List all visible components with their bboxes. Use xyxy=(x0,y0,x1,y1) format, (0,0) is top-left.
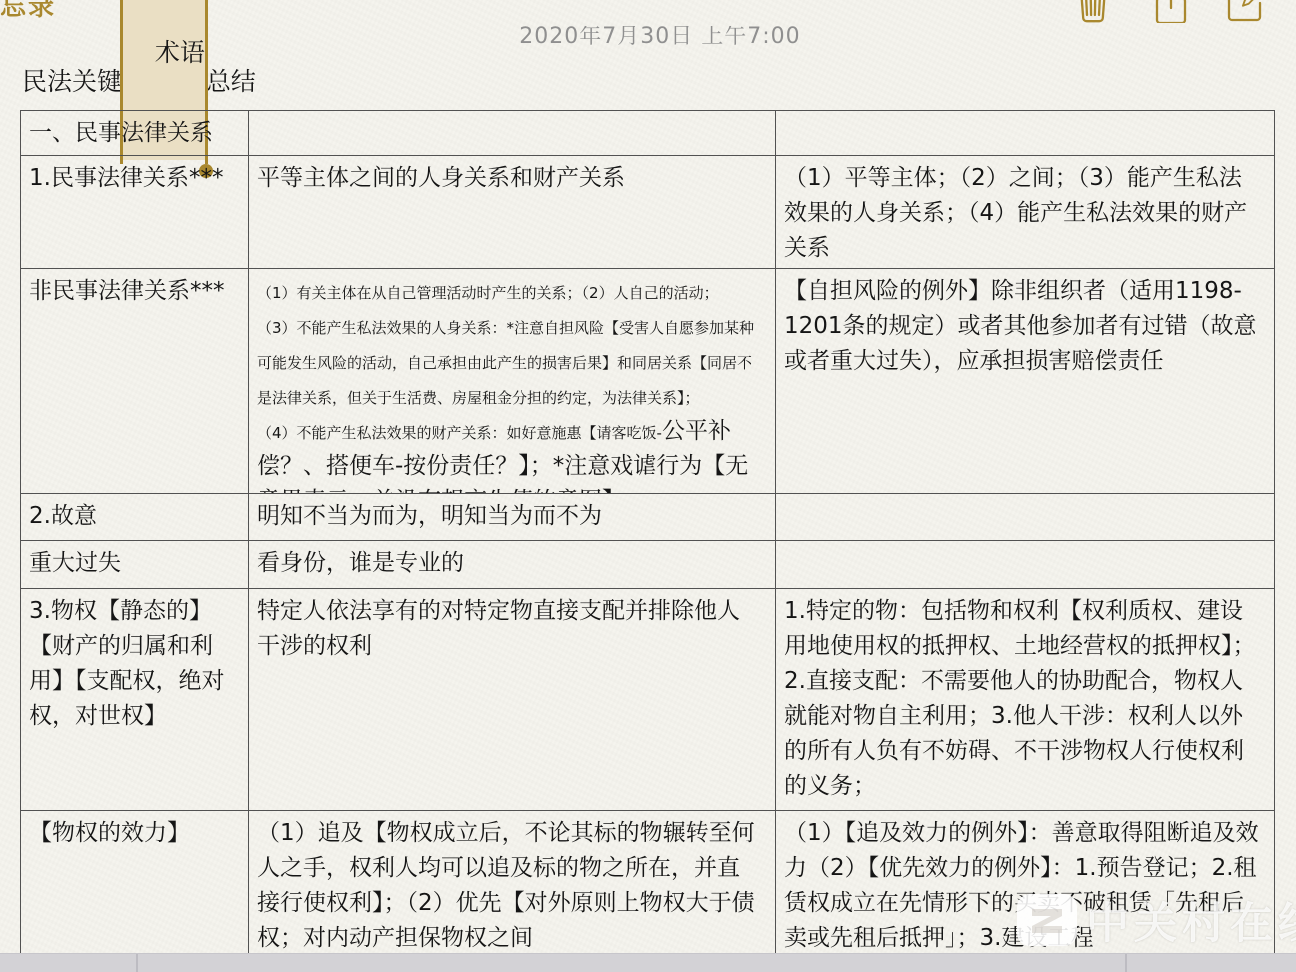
share-button[interactable] xyxy=(1150,0,1192,23)
table-cell[interactable] xyxy=(776,111,1274,155)
table-cell[interactable]: 重大过失 xyxy=(21,541,249,588)
table-cell[interactable]: 3.物权【静态的】【财产的归属和利用】【支配权，绝对权，对世权】 xyxy=(21,589,249,810)
table-cell[interactable]: 明知不当为而为，明知当为而不为 xyxy=(249,494,776,540)
table-row: 2.故意明知不当为而为，明知当为而不为 xyxy=(21,494,1274,541)
table-cell[interactable] xyxy=(776,494,1274,540)
table-row: 一、民事法律关系 xyxy=(21,111,1274,156)
table-cell[interactable] xyxy=(776,541,1274,588)
back-button-area: 忘录 xyxy=(0,0,90,20)
trash-icon xyxy=(1072,0,1114,23)
cell-text: 【物权的效力】 xyxy=(29,820,190,846)
share-icon xyxy=(1150,0,1192,23)
table-row: 1.民事法律关系***平等主体之间的人身关系和财产关系（1）平等主体；（2）之间… xyxy=(21,156,1274,269)
cell-text: （1）有关主体在从自己管理活动时产生的关系；（2）人自己的活动； xyxy=(257,284,719,302)
table-row: 【物权的效力】（1）追及【物权成立后，不论其标的物辗转至何人之手，权利人均可以追… xyxy=(21,811,1274,972)
table-cell[interactable]: 特定人依法享有的对特定物直接支配并排除他人干涉的权利 xyxy=(249,589,776,810)
note-title[interactable]: 民法关键 术语 总结 xyxy=(22,60,256,100)
compose-icon xyxy=(1222,0,1270,23)
table-cell[interactable]: （1）平等主体；（2）之间；（3）能产生私法效果的人身关系；（4）能产生私法效果… xyxy=(776,156,1274,268)
table-cell[interactable]: 一、民事法律关系 xyxy=(21,111,249,155)
cell-text: （1）【追及效力的例外】：善意取得阻断追及效力（2）【优先效力的例外】：1.预告… xyxy=(784,820,1259,951)
cell-text: 1.特定的物：包括物和权利【权利质权、建设用地使用权的抵押权、土地经营权的抵押权… xyxy=(784,598,1256,799)
cell-text: 一、民事法律关系 xyxy=(29,120,213,146)
table-row: 3.物权【静态的】【财产的归属和利用】【支配权，绝对权，对世权】特定人依法享有的… xyxy=(21,589,1274,811)
cell-text: 1.民事法律关系*** xyxy=(29,165,223,191)
cell-text: （1）平等主体；（2）之间；（3）能产生私法效果的人身关系；（4）能产生私法效果… xyxy=(784,165,1247,261)
cell-text: （4）不能产生私法效果的财产关系：如好意施惠【请客吃饭- xyxy=(257,424,662,442)
bottom-bar-divider xyxy=(136,954,138,972)
table-cell[interactable]: （1）【追及效力的例外】：善意取得阻断追及效力（2）【优先效力的例外】：1.预告… xyxy=(776,811,1274,972)
bottom-bar-divider xyxy=(1125,954,1127,972)
note-date-area: 2020年7月30日 上午7:00 xyxy=(430,26,890,49)
terms-table: 一、民事法律关系1.民事法律关系***平等主体之间的人身关系和财产关系（1）平等… xyxy=(20,110,1275,972)
back-button[interactable]: 忘录 xyxy=(0,0,90,20)
table-cell[interactable]: 1.特定的物：包括物和权利【权利质权、建设用地使用权的抵押权、土地经营权的抵押权… xyxy=(776,589,1274,810)
cell-text: 2.故意 xyxy=(29,503,97,529)
cell-text: 看身份，谁是专业的 xyxy=(257,550,464,576)
cell-text: 重大过失 xyxy=(29,550,121,576)
cell-text: 非民事法律关系*** xyxy=(29,278,225,304)
table-cell[interactable] xyxy=(249,111,776,155)
cell-text: 平等主体之间的人身关系和财产关系 xyxy=(257,165,625,191)
title-text-before: 民法关键 xyxy=(22,62,122,98)
table-cell[interactable]: （1）有关主体在从自己管理活动时产生的关系；（2）人自己的活动；（3）不能产生私… xyxy=(249,269,776,493)
table-cell[interactable]: 非民事法律关系*** xyxy=(21,269,249,493)
bottom-bar xyxy=(0,953,1296,972)
selected-text-label: 术语 xyxy=(155,38,205,67)
cell-text: 3.物权【静态的】【财产的归属和利用】【支配权，绝对权，对世权】 xyxy=(29,598,225,729)
cell-text: （1）追及【物权成立后，不论其标的物辗转至何人之手，权利人均可以追及标的物之所在… xyxy=(257,820,755,951)
table-row: 重大过失看身份，谁是专业的 xyxy=(21,541,1274,589)
table-cell[interactable]: 2.故意 xyxy=(21,494,249,540)
table-cell[interactable]: 看身份，谁是专业的 xyxy=(249,541,776,588)
cell-text: （3）不能产生私法效果的人身关系：*注意自担风险【受害人自愿参加某种可能发生风险… xyxy=(257,319,754,407)
table-cell[interactable]: 1.民事法律关系*** xyxy=(21,156,249,268)
trash-button[interactable] xyxy=(1072,0,1114,23)
table-cell[interactable]: 【自担风险的例外】除非组织者（适用1198-1201条的规定）或者其他参加者有过… xyxy=(776,269,1274,493)
table-cell[interactable]: 平等主体之间的人身关系和财产关系 xyxy=(249,156,776,268)
cell-text: 特定人依法享有的对特定物直接支配并排除他人干涉的权利 xyxy=(257,598,740,659)
table-row: 非民事法律关系***（1）有关主体在从自己管理活动时产生的关系；（2）人自己的活… xyxy=(21,269,1274,494)
table-cell[interactable]: （1）追及【物权成立后，不论其标的物辗转至何人之手，权利人均可以追及标的物之所在… xyxy=(249,811,776,972)
title-text-after: 总结 xyxy=(206,62,256,98)
compose-button[interactable] xyxy=(1222,0,1270,23)
note-date: 2020年7月30日 上午7:00 xyxy=(430,26,890,49)
cell-text: 明知不当为而为，明知当为而不为 xyxy=(257,503,602,529)
cell-text: 【自担风险的例外】除非组织者（适用1198-1201条的规定）或者其他参加者有过… xyxy=(784,278,1257,374)
table-cell[interactable]: 【物权的效力】 xyxy=(21,811,249,972)
